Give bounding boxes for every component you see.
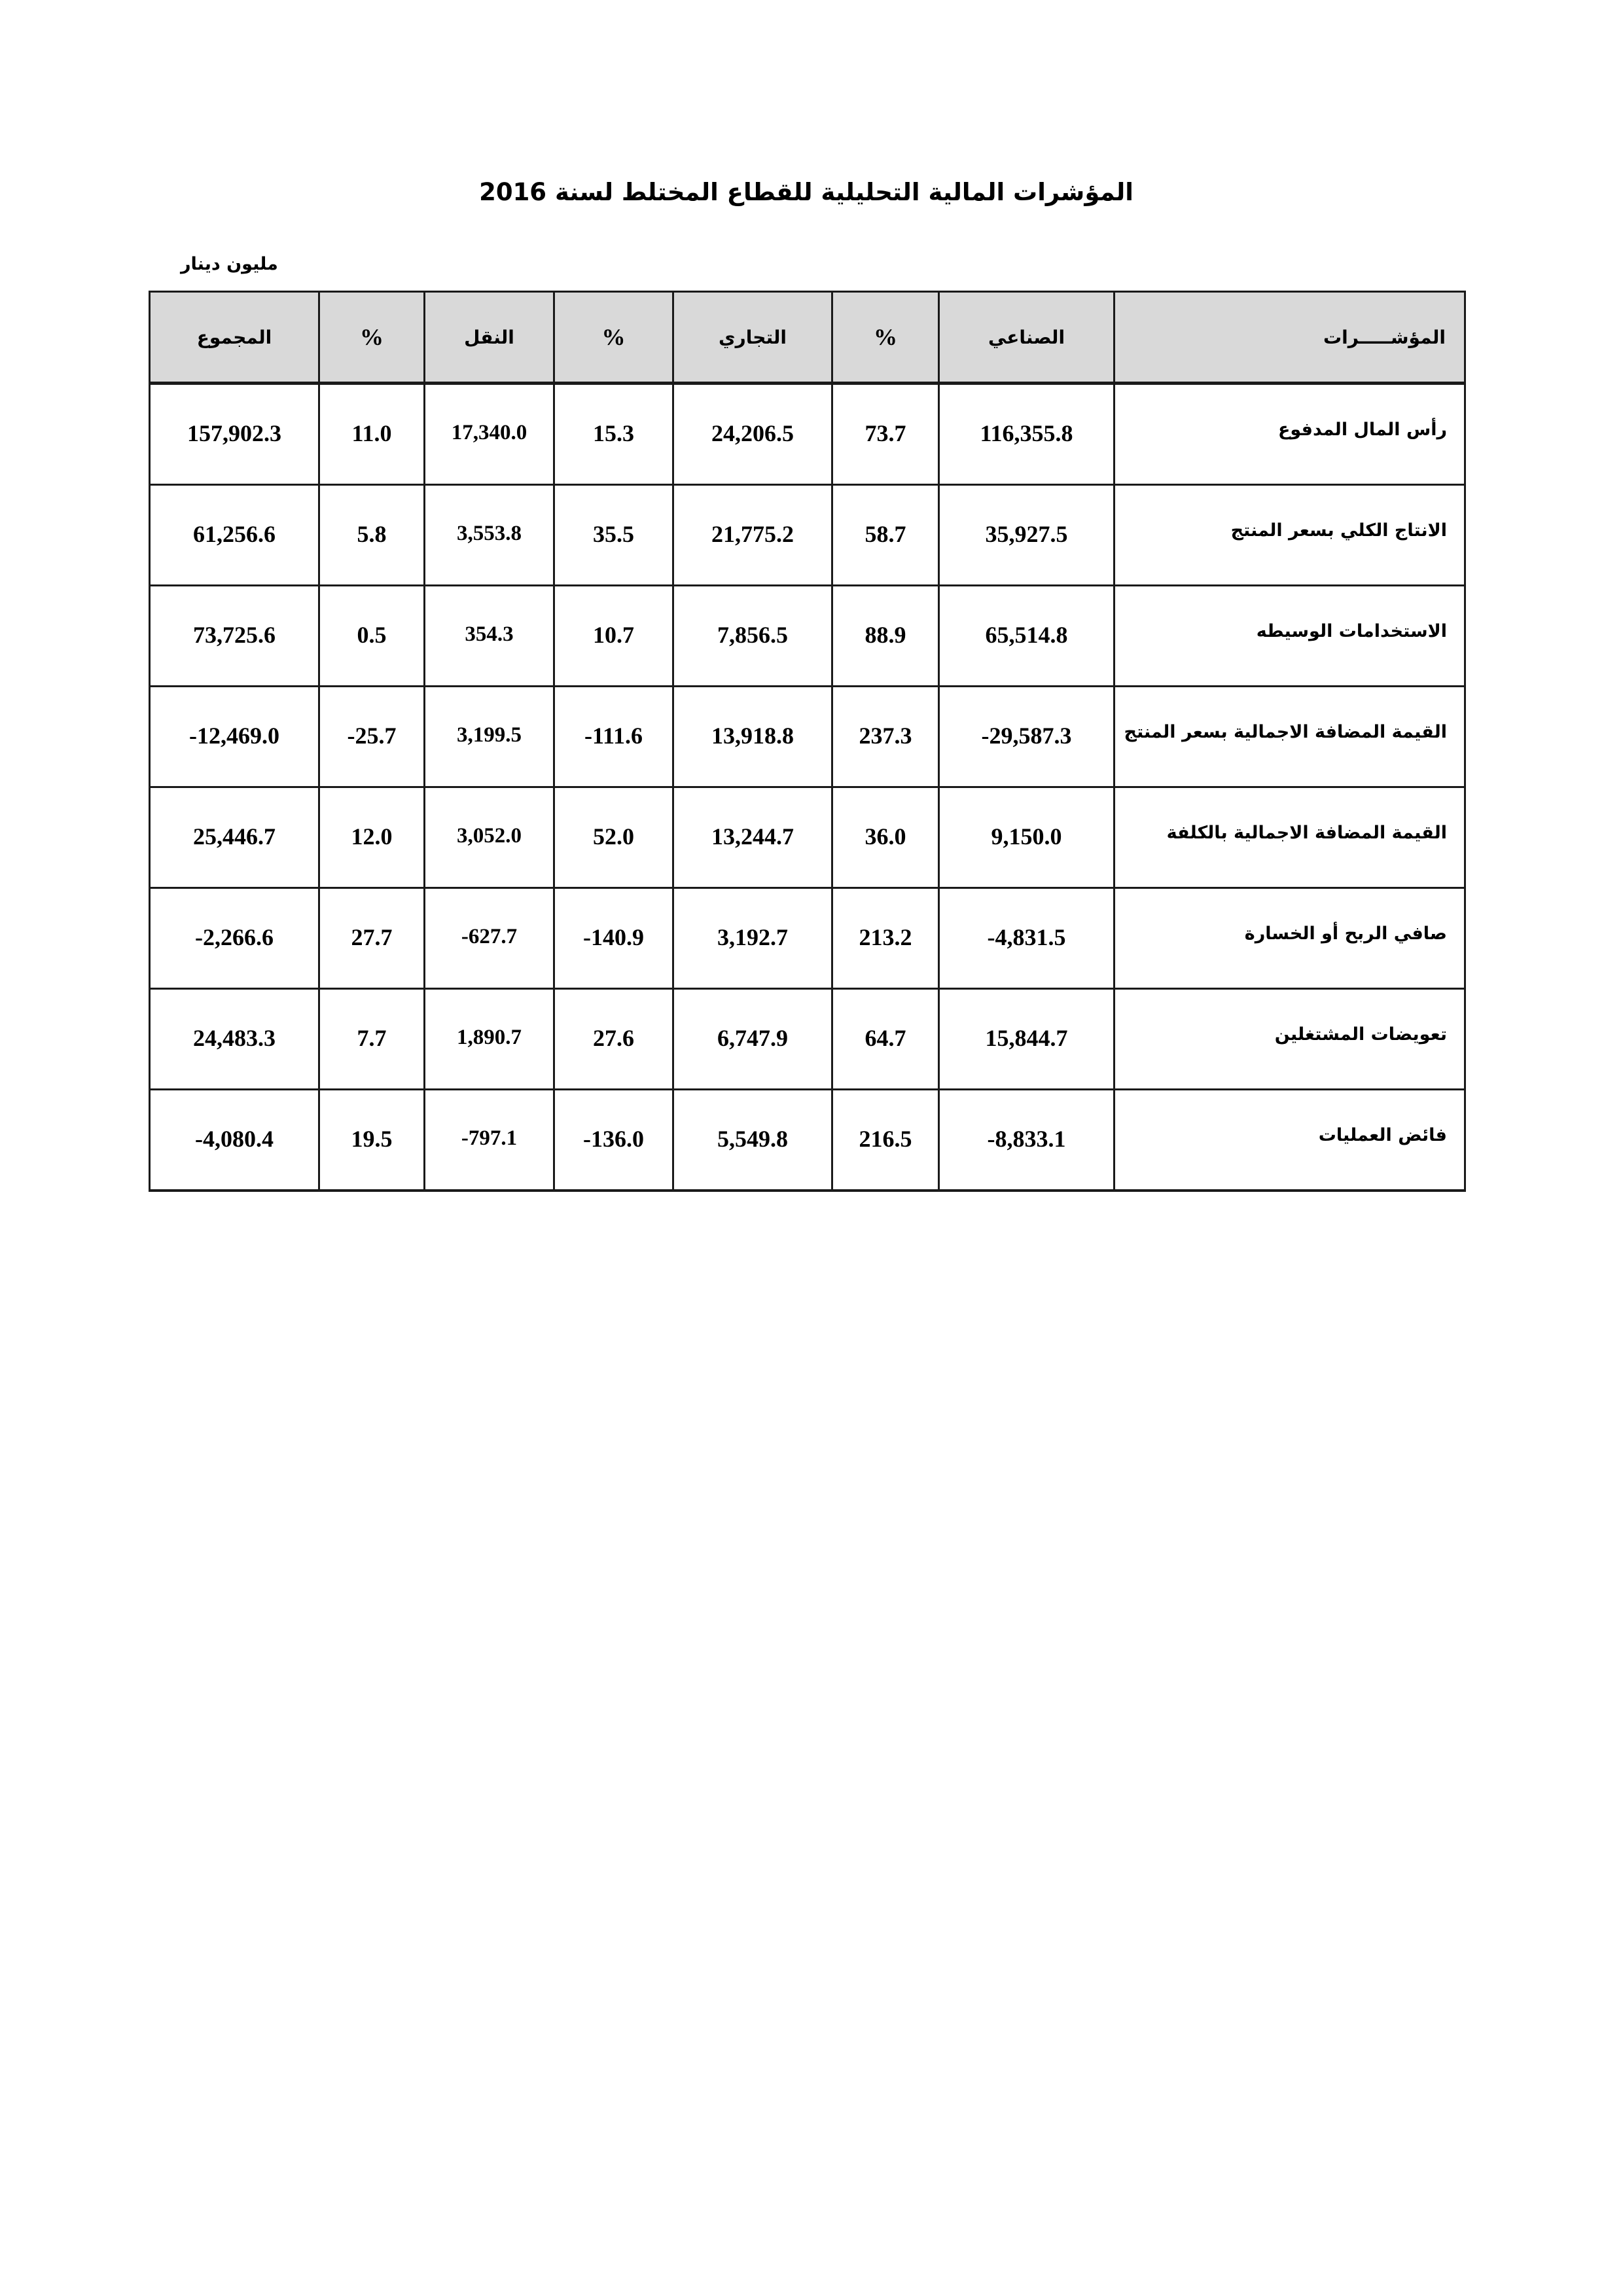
cell-commercial: 6,747.9 bbox=[673, 989, 832, 1090]
cell-transport-pct: 7.7 bbox=[319, 989, 425, 1090]
cell-transport: -797.1 bbox=[425, 1090, 554, 1191]
cell-commercial-pct: -111.6 bbox=[554, 687, 673, 787]
cell-transport-pct: 0.5 bbox=[319, 586, 425, 687]
cell-total: -4,080.4 bbox=[150, 1090, 319, 1191]
cell-commercial: 5,549.8 bbox=[673, 1090, 832, 1191]
header-industrial: الصناعي bbox=[939, 292, 1115, 384]
cell-commercial-pct: -136.0 bbox=[554, 1090, 673, 1191]
cell-transport-pct: 27.7 bbox=[319, 888, 425, 989]
cell-commercial-pct: 10.7 bbox=[554, 586, 673, 687]
document-title: المؤشرات المالية التحليلية للقطاع المختل… bbox=[149, 174, 1464, 211]
financial-indicators-table: المجموع % النقل % التجاري % الصناعي المؤ… bbox=[149, 291, 1466, 1192]
cell-industrial: 9,150.0 bbox=[939, 787, 1115, 888]
cell-commercial: 13,244.7 bbox=[673, 787, 832, 888]
cell-transport: 17,340.0 bbox=[425, 384, 554, 485]
cell-transport: 1,890.7 bbox=[425, 989, 554, 1090]
row-label: صافي الربح أو الخسارة bbox=[1115, 888, 1465, 989]
table-row: -12,469.0 -25.7 3,199.5 -111.6 13,918.8 … bbox=[150, 687, 1465, 787]
row-label: رأس المال المدفوع bbox=[1115, 384, 1465, 485]
table-row: 25,446.7 12.0 3,052.0 52.0 13,244.7 36.0… bbox=[150, 787, 1465, 888]
cell-total: 157,902.3 bbox=[150, 384, 319, 485]
table-row: 24,483.3 7.7 1,890.7 27.6 6,747.9 64.7 1… bbox=[150, 989, 1465, 1090]
cell-industrial-pct: 213.2 bbox=[832, 888, 939, 989]
header-transport-pct: % bbox=[319, 292, 425, 384]
header-total: المجموع bbox=[150, 292, 319, 384]
cell-industrial-pct: 64.7 bbox=[832, 989, 939, 1090]
table-row: -4,080.4 19.5 -797.1 -136.0 5,549.8 216.… bbox=[150, 1090, 1465, 1191]
header-commercial: التجاري bbox=[673, 292, 832, 384]
header-industrial-pct: % bbox=[832, 292, 939, 384]
cell-commercial-pct: -140.9 bbox=[554, 888, 673, 989]
cell-industrial: 15,844.7 bbox=[939, 989, 1115, 1090]
cell-industrial: 65,514.8 bbox=[939, 586, 1115, 687]
cell-transport: 3,052.0 bbox=[425, 787, 554, 888]
cell-industrial-pct: 73.7 bbox=[832, 384, 939, 485]
table-row: 61,256.6 5.8 3,553.8 35.5 21,775.2 58.7 … bbox=[150, 485, 1465, 586]
cell-commercial: 24,206.5 bbox=[673, 384, 832, 485]
row-label: القيمة المضافة الاجمالية بالكلفة bbox=[1115, 787, 1465, 888]
unit-label: مليون دينار bbox=[181, 249, 278, 280]
cell-commercial: 21,775.2 bbox=[673, 485, 832, 586]
cell-commercial-pct: 15.3 bbox=[554, 384, 673, 485]
cell-commercial-pct: 52.0 bbox=[554, 787, 673, 888]
cell-transport-pct: 11.0 bbox=[319, 384, 425, 485]
cell-commercial: 7,856.5 bbox=[673, 586, 832, 687]
cell-industrial: 116,355.8 bbox=[939, 384, 1115, 485]
header-indicator: المؤشـــــرات bbox=[1115, 292, 1465, 384]
cell-commercial-pct: 27.6 bbox=[554, 989, 673, 1090]
cell-industrial-pct: 58.7 bbox=[832, 485, 939, 586]
cell-industrial-pct: 216.5 bbox=[832, 1090, 939, 1191]
cell-commercial: 13,918.8 bbox=[673, 687, 832, 787]
cell-commercial: 3,192.7 bbox=[673, 888, 832, 989]
cell-industrial: -29,587.3 bbox=[939, 687, 1115, 787]
table-row: -2,266.6 27.7 -627.7 -140.9 3,192.7 213.… bbox=[150, 888, 1465, 989]
row-label: القيمة المضافة الاجمالية بسعر المنتج bbox=[1115, 687, 1465, 787]
cell-commercial-pct: 35.5 bbox=[554, 485, 673, 586]
cell-transport-pct: 19.5 bbox=[319, 1090, 425, 1191]
cell-transport: -627.7 bbox=[425, 888, 554, 989]
cell-transport: 3,553.8 bbox=[425, 485, 554, 586]
header-transport: النقل bbox=[425, 292, 554, 384]
row-label: تعويضات المشتغلين bbox=[1115, 989, 1465, 1090]
table-row: 157,902.3 11.0 17,340.0 15.3 24,206.5 73… bbox=[150, 384, 1465, 485]
cell-transport-pct: 5.8 bbox=[319, 485, 425, 586]
row-label: فائض العمليات bbox=[1115, 1090, 1465, 1191]
cell-total: 24,483.3 bbox=[150, 989, 319, 1090]
cell-transport: 354.3 bbox=[425, 586, 554, 687]
cell-transport-pct: 12.0 bbox=[319, 787, 425, 888]
header-commercial-pct: % bbox=[554, 292, 673, 384]
row-label: الانتاج الكلي بسعر المنتج bbox=[1115, 485, 1465, 586]
cell-total: -2,266.6 bbox=[150, 888, 319, 989]
cell-industrial-pct: 237.3 bbox=[832, 687, 939, 787]
cell-total: 25,446.7 bbox=[150, 787, 319, 888]
table-header-row: المجموع % النقل % التجاري % الصناعي المؤ… bbox=[150, 292, 1465, 384]
cell-industrial-pct: 36.0 bbox=[832, 787, 939, 888]
cell-total: -12,469.0 bbox=[150, 687, 319, 787]
cell-industrial: -8,833.1 bbox=[939, 1090, 1115, 1191]
cell-transport: 3,199.5 bbox=[425, 687, 554, 787]
table-row: 73,725.6 0.5 354.3 10.7 7,856.5 88.9 65,… bbox=[150, 586, 1465, 687]
cell-transport-pct: -25.7 bbox=[319, 687, 425, 787]
cell-industrial: -4,831.5 bbox=[939, 888, 1115, 989]
cell-total: 61,256.6 bbox=[150, 485, 319, 586]
cell-total: 73,725.6 bbox=[150, 586, 319, 687]
cell-industrial: 35,927.5 bbox=[939, 485, 1115, 586]
cell-industrial-pct: 88.9 bbox=[832, 586, 939, 687]
row-label: الاستخدامات الوسيطه bbox=[1115, 586, 1465, 687]
